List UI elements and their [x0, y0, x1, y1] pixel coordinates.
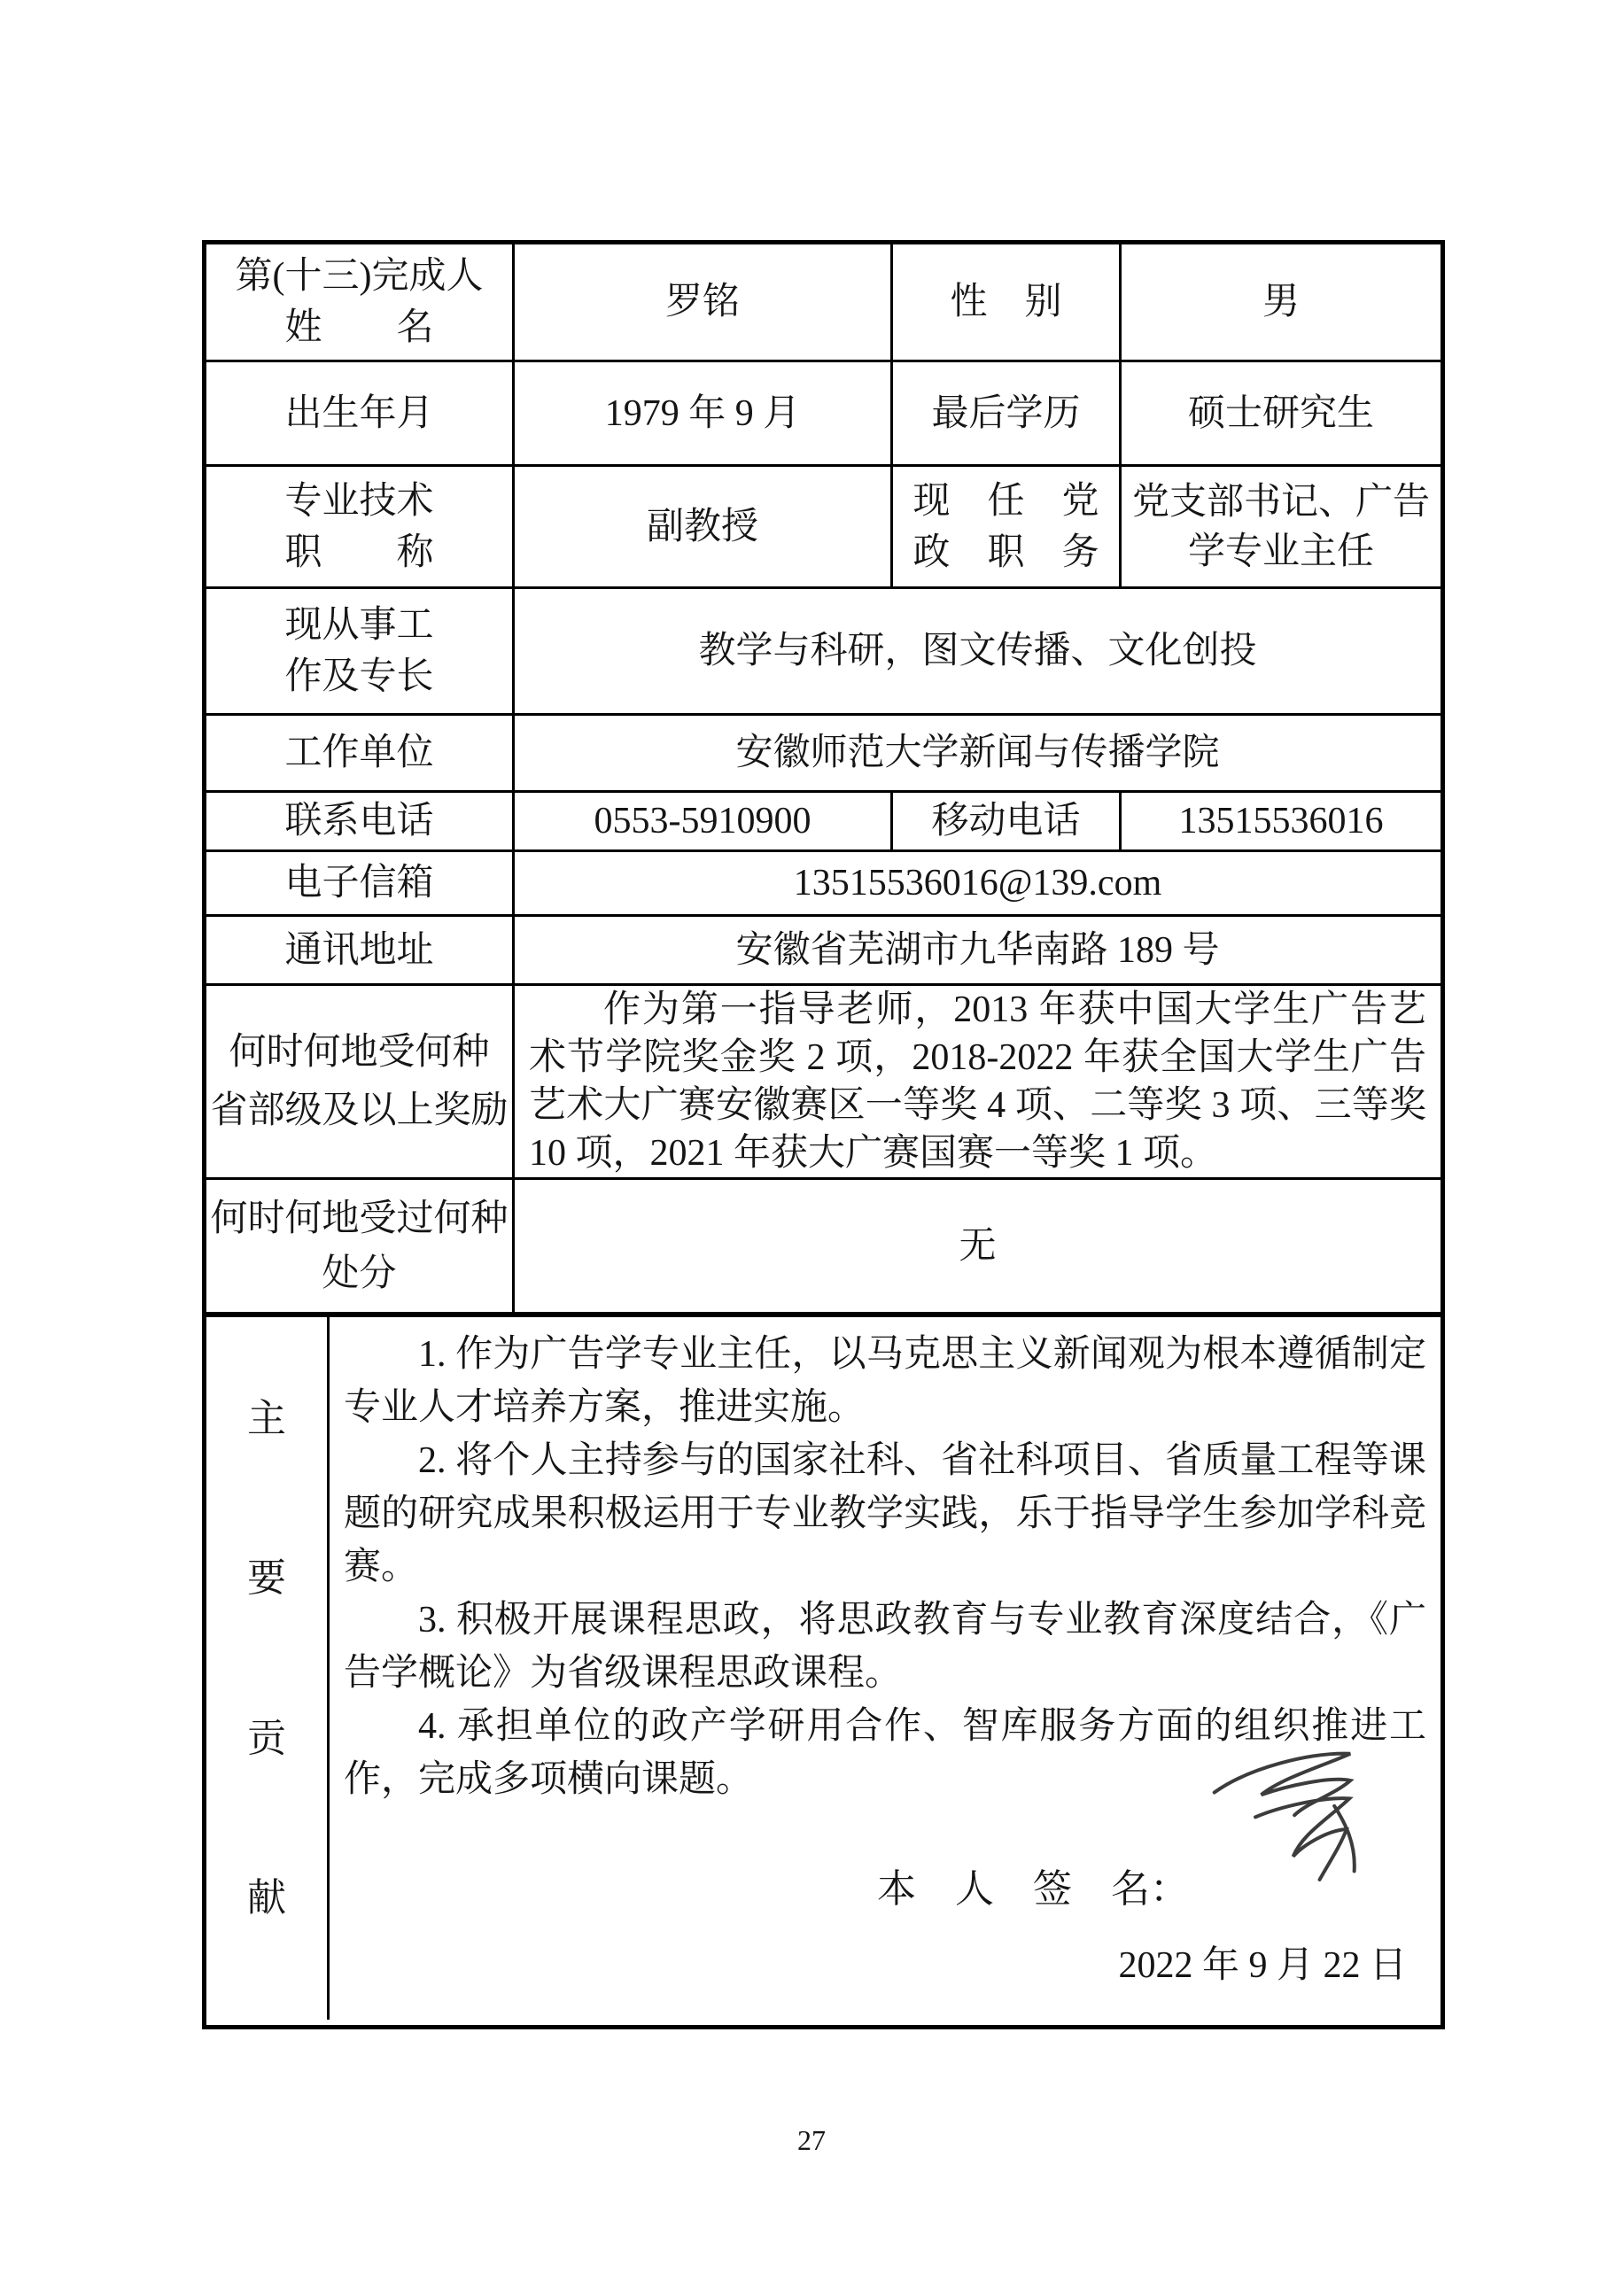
- contribution-item-3: 3. 积极开展课程思政，将思政教育与专业教育深度结合，《广告学概论》为省级课程思…: [344, 1594, 1426, 1700]
- party-post-label-line2: 政 职 务: [912, 527, 1099, 578]
- mobile-label: 移动电话: [893, 793, 1122, 852]
- contribution-item-2: 2. 将个人主持参与的国家社科、省社科项目、省质量工程等课题的研究成果积极运用于…: [344, 1434, 1426, 1594]
- employer-label: 工作单位: [206, 716, 515, 793]
- signature-date: 2022 年 9 月 22 日: [344, 1939, 1426, 1992]
- email-label: 电子信箱: [206, 852, 515, 917]
- awards-label: 何时何地受何种 省部级及以上奖励: [206, 986, 515, 1180]
- contribution-item-1: 1. 作为广告学专业主任，以马克思主义新闻观为根本遵循制定专业人才培养方案，推进…: [344, 1328, 1426, 1434]
- contribution-section: 主 要 贡 献 1. 作为广告学专业主任，以马克思主义新闻观为根本遵循制定专业人…: [206, 1317, 1441, 2020]
- name-label: 第(十三)完成人 姓 名: [206, 244, 515, 362]
- completer-info-table: 第(十三)完成人 姓 名 罗铭 性 别 男 出生年月 1979 年 9 月 最后…: [202, 240, 1445, 2029]
- birth-label: 出生年月: [206, 362, 515, 467]
- address-label: 通讯地址: [206, 917, 515, 986]
- contribution-label-char-4: 献: [247, 1865, 286, 1922]
- party-post-value: 党支部书记、广告学专业主任: [1122, 467, 1441, 589]
- contribution-label-char-2: 要: [247, 1546, 286, 1602]
- phone-value: 0553-5910900: [515, 793, 893, 852]
- party-post-label: 现 任 党 政 职 务: [893, 467, 1122, 589]
- info-grid: 第(十三)完成人 姓 名 罗铭 性 别 男 出生年月 1979 年 9 月 最后…: [206, 244, 1441, 1317]
- contribution-body: 1. 作为广告学专业主任，以马克思主义新闻观为根本遵循制定专业人才培养方案，推进…: [330, 1317, 1441, 2020]
- punishment-value: 无: [515, 1180, 1441, 1317]
- current-work-value: 教学与科研，图文传播、文化创投: [515, 589, 1441, 716]
- title-label-line2: 职 称: [284, 527, 433, 578]
- contribution-label: 主 要 贡 献: [206, 1317, 330, 2020]
- signature-row: 本 人 签 名：: [344, 1863, 1426, 1916]
- contribution-label-char-1: 主: [247, 1386, 286, 1443]
- title-value: 副教授: [515, 467, 893, 589]
- birth-value: 1979 年 9 月: [515, 362, 893, 467]
- awards-text: 作为第一指导老师，2013 年获中国大学生广告艺术节学院奖金奖 2 项，2018…: [529, 986, 1426, 1177]
- phone-label: 联系电话: [206, 793, 515, 852]
- party-post-label-line1: 现 任 党: [912, 476, 1099, 527]
- document-page: 第(十三)完成人 姓 名 罗铭 性 别 男 出生年月 1979 年 9 月 最后…: [0, 0, 1623, 2296]
- contribution-label-char-3: 贡: [247, 1706, 286, 1763]
- awards-label-line1: 何时何地受何种: [229, 1023, 489, 1082]
- handwritten-signature-image: [1194, 1737, 1398, 1904]
- education-label: 最后学历: [893, 362, 1122, 467]
- education-value: 硕士研究生: [1122, 362, 1441, 467]
- punishment-label: 何时何地受过何种 处分: [206, 1180, 515, 1317]
- current-work-label-line1: 现从事工: [284, 600, 433, 651]
- awards-value: 作为第一指导老师，2013 年获中国大学生广告艺术节学院奖金奖 2 项，2018…: [515, 986, 1441, 1180]
- employer-value: 安徽师范大学新闻与传播学院: [515, 716, 1441, 793]
- name-label-line2: 姓 名: [284, 302, 433, 353]
- current-work-label-line2: 作及专长: [284, 651, 433, 702]
- address-value: 安徽省芜湖市九华南路 189 号: [515, 917, 1441, 986]
- email-value: 13515536016@139.com: [515, 852, 1441, 917]
- gender-label: 性 别: [893, 244, 1122, 362]
- title-label: 专业技术 职 称: [206, 467, 515, 589]
- current-work-label: 现从事工 作及专长: [206, 589, 515, 716]
- page-number: 27: [0, 2124, 1623, 2157]
- punishment-label-line1: 何时何地受过何种: [210, 1191, 508, 1246]
- name-value: 罗铭: [515, 244, 893, 362]
- awards-label-line2: 省部级及以上奖励: [210, 1082, 508, 1140]
- gender-value: 男: [1122, 244, 1441, 362]
- mobile-value: 13515536016: [1122, 793, 1441, 852]
- punishment-label-line2: 处分: [322, 1246, 396, 1301]
- name-label-line1: 第(十三)完成人: [236, 251, 484, 302]
- title-label-line1: 专业技术: [284, 476, 433, 527]
- signature-label: 本 人 签 名：: [877, 1867, 1189, 1911]
